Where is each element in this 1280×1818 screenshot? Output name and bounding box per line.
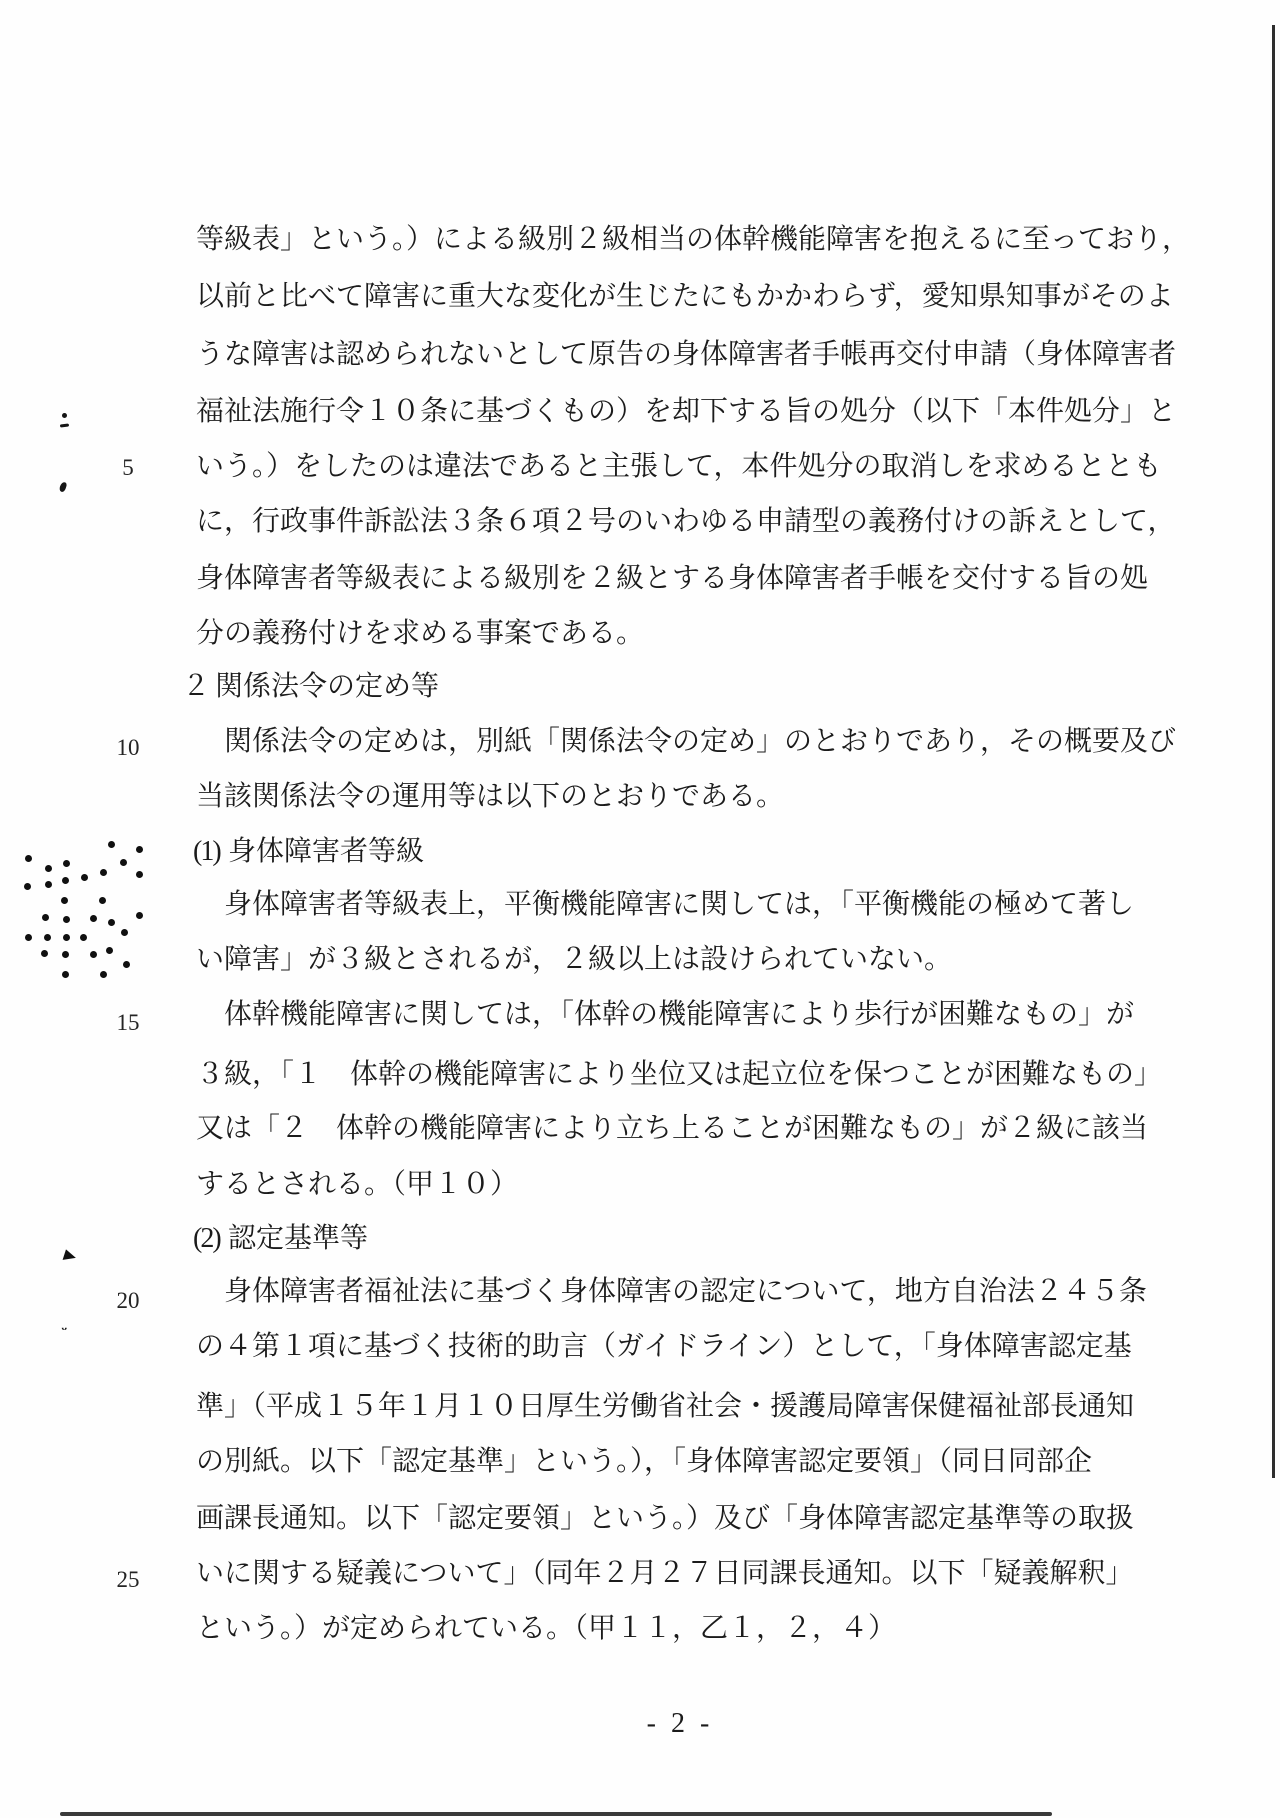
section-number: (1) — [193, 835, 228, 869]
margin-line-number: 5 — [110, 455, 146, 481]
punch-dot-mark — [24, 883, 31, 890]
margin-line-number: 15 — [110, 1010, 146, 1036]
punch-dot-mark — [108, 919, 115, 926]
section-number: ２ — [182, 670, 215, 704]
punch-dot-mark — [136, 871, 143, 878]
punch-dot-mark — [90, 915, 97, 922]
section-title: 身体障害者等級 — [228, 836, 424, 867]
text-line: 又は「２ 体幹の機能障害により立ち上ることが困難なもの」が２級に該当 — [196, 1112, 1148, 1146]
punch-dot-mark — [120, 859, 127, 866]
text-line: の４第１項に基づく技術的助言（ガイドライン）として，「身体障害認定基 — [196, 1330, 1132, 1364]
punch-dot-mark — [100, 971, 107, 978]
text-line: 等級表」という。）による級別２級相当の体幹機能障害を抱えるに至っており， — [196, 223, 1190, 257]
punch-dot-mark — [44, 934, 51, 941]
text-line: 体幹機能障害に関しては，「体幹の機能障害により歩行が困難なもの」が — [224, 998, 1134, 1032]
punch-dot-mark — [41, 950, 48, 957]
margin-line-number: 10 — [110, 735, 146, 761]
text-line: ３級，「１ 体幹の機能障害により坐位又は起立位を保つことが困難なもの」 — [196, 1058, 1162, 1092]
punch-dot-mark — [62, 971, 69, 978]
text-line: という。）が定められている。（甲１１，乙１，２，４） — [196, 1612, 896, 1646]
text-line: 身体障害者等級表上，平衡機能障害に関しては，「平衡機能の極めて著し — [224, 888, 1134, 922]
section-number: (2) — [193, 1222, 228, 1256]
ink-smudge-mark — [59, 481, 68, 492]
punch-dot-mark — [62, 877, 69, 884]
punch-dot-mark — [25, 855, 32, 862]
section-title: 関係法令の定め等 — [215, 671, 439, 702]
text-line: するとされる。（甲１０） — [196, 1168, 518, 1202]
text-line: 身体障害者等級表による級別を２級とする身体障害者手帳を交付する旨の処 — [196, 562, 1148, 596]
text-line: 分の義務付けを求める事案である。 — [196, 617, 644, 651]
scan-bottom-edge-line — [60, 1812, 1052, 1816]
punch-dot-mark — [62, 951, 69, 958]
section-heading-line: (2)認定基準等 — [193, 1222, 368, 1256]
scanned-court-document-page: 等級表」という。）による級別２級相当の体幹機能障害を抱えるに至っており，以前と比… — [0, 0, 1280, 1818]
text-line: 画課長通知。以下「認定要領」という。）及び「身体障害認定基準等の取扱 — [196, 1502, 1134, 1536]
margin-line-number: 20 — [110, 1288, 146, 1314]
punch-dot-mark — [25, 934, 32, 941]
text-line: い障害」が３級とされるが，２級以上は設けられていない。 — [196, 943, 952, 977]
punch-dot-mark — [100, 869, 107, 876]
punch-dot-mark — [42, 914, 49, 921]
punch-dot-mark — [106, 947, 113, 954]
text-line: うな障害は認められないとして原告の身体障害者手帳再交付申請（身体障害者 — [196, 338, 1176, 372]
punch-dot-mark — [136, 846, 143, 853]
text-line: 福祉法施行令１０条に基づくもの）を却下する旨の処分（以下「本件処分」と — [196, 395, 1176, 429]
ink-smudge-mark — [63, 1249, 78, 1263]
ink-smudge-mark: ᵕ — [61, 1322, 67, 1339]
punch-dot-mark — [123, 961, 130, 968]
punch-dot-mark — [45, 865, 52, 872]
punch-dot-mark — [136, 912, 143, 919]
page-number: - 2 - — [630, 1708, 730, 1740]
punch-dot-mark — [80, 934, 87, 941]
punch-dot-mark — [90, 951, 97, 958]
punch-dot-mark — [121, 929, 128, 936]
text-line: 以前と比べて障害に重大な変化が生じたにもかかわらず，愛知県知事がそのよ — [196, 280, 1174, 314]
punch-dot-mark — [63, 916, 70, 923]
text-line: いう。）をしたのは違法であると主張して，本件処分の取消しを求めるととも — [196, 450, 1161, 484]
text-line: いに関する疑義について」（同年２月２７日同課長通知。以下「疑義解釈」 — [196, 1557, 1133, 1591]
text-line: に，行政事件訴訟法３条６項２号のいわゆる申請型の義務付けの訴えとして， — [196, 505, 1175, 539]
punch-dot-mark — [61, 897, 68, 904]
section-heading-line: ２関係法令の定め等 — [182, 670, 439, 704]
text-line: 身体障害者福祉法に基づく身体障害の認定について，地方自治法２４５条 — [224, 1275, 1147, 1309]
text-line: 当該関係法令の運用等は以下のとおりである。 — [196, 780, 784, 814]
section-heading-line: (1)身体障害者等級 — [193, 835, 424, 869]
margin-line-number: 25 — [110, 1567, 146, 1593]
text-line: 準」（平成１５年１月１０日厚生労働省社会・援護局障害保健福祉部長通知 — [196, 1390, 1134, 1424]
scan-edge-line — [1272, 25, 1275, 1478]
punch-dot-mark — [45, 881, 52, 888]
text-line: 関係法令の定めは，別紙「関係法令の定め」のとおりであり，その概要及び — [224, 725, 1176, 759]
punch-dot-mark — [63, 860, 70, 867]
punch-dot-mark — [108, 841, 115, 848]
punch-dot-mark — [63, 934, 70, 941]
text-line: の別紙。以下「認定基準」という。），「身体障害認定要領」（同日同部企 — [196, 1445, 1092, 1479]
punch-dot-mark — [99, 897, 106, 904]
punch-dot-mark — [81, 874, 88, 881]
section-title: 認定基準等 — [228, 1223, 368, 1254]
